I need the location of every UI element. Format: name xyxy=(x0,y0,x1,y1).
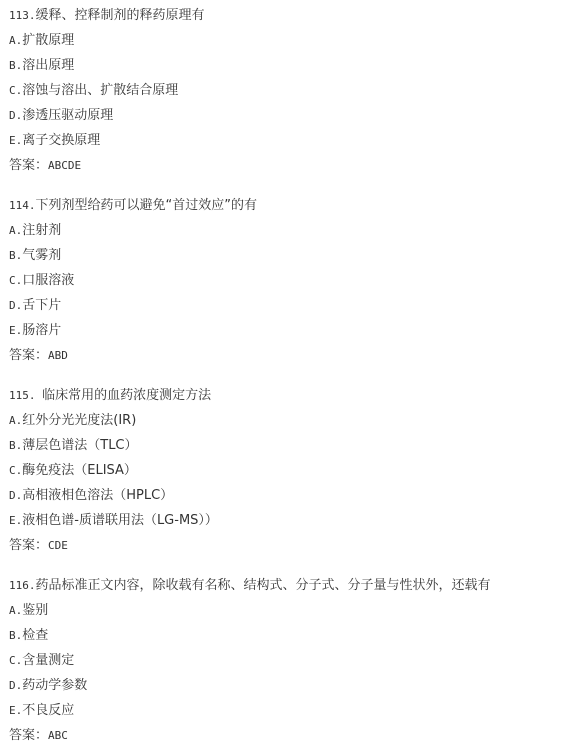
option-b: B.检查 xyxy=(9,623,565,648)
option-letter: D. xyxy=(9,299,22,312)
question-113: 113.缓释、控释制剂的释药原理有 A.扩散原理 B.溶出原理 C.溶蚀与溶出、… xyxy=(9,3,565,178)
option-text: 检查 xyxy=(22,628,48,643)
option-text: 渗透压驱动原理 xyxy=(22,108,113,123)
option-letter: B. xyxy=(9,249,22,262)
option-text: 溶蚀与溶出、扩散结合原理 xyxy=(22,83,178,98)
option-text: 注射剂 xyxy=(22,223,61,238)
option-b: B.溶出原理 xyxy=(9,53,565,78)
question-stem: 113.缓释、控释制剂的释药原理有 xyxy=(9,3,565,28)
option-text: 液相色谱-质谱联用法（LG-MS）） xyxy=(22,513,218,528)
option-letter: C. xyxy=(9,464,22,477)
option-letter: D. xyxy=(9,489,22,502)
option-text: 离子交换原理 xyxy=(22,133,100,148)
option-d: D.渗透压驱动原理 xyxy=(9,103,565,128)
option-d: D.高相液相色溶法（HPLC） xyxy=(9,483,565,508)
option-b: B.薄层色谱法（TLC） xyxy=(9,433,565,458)
option-d: D.舌下片 xyxy=(9,293,565,318)
option-letter: C. xyxy=(9,274,22,287)
question-text: 下列剂型给药可以避免“首过效应”的有 xyxy=(36,198,257,213)
option-text: 含量测定 xyxy=(22,653,74,668)
option-letter: E. xyxy=(9,514,22,527)
answer-value: ABC xyxy=(48,729,68,742)
option-text: 鉴别 xyxy=(22,603,48,618)
option-e: E.肠溶片 xyxy=(9,318,565,343)
option-text: 口服溶液 xyxy=(22,273,74,288)
option-c: C.含量测定 xyxy=(9,648,565,673)
answer-value: ABD xyxy=(48,349,68,362)
question-text: 药品标准正文内容，除收载有名称、结构式、分子式、分子量与性状外，还载有 xyxy=(36,578,491,593)
option-letter: B. xyxy=(9,439,22,452)
option-a: A.鉴别 xyxy=(9,598,565,623)
option-text: 舌下片 xyxy=(22,298,61,313)
option-letter: A. xyxy=(9,34,22,47)
option-c: C.酶免疫法（ELISA） xyxy=(9,458,565,483)
option-letter: A. xyxy=(9,224,22,237)
answer-value: CDE xyxy=(48,539,68,552)
option-text: 溶出原理 xyxy=(22,58,74,73)
option-letter: A. xyxy=(9,604,22,617)
question-number: 113. xyxy=(9,9,36,22)
option-text: 酶免疫法（ELISA） xyxy=(22,463,137,478)
question-text: 临床常用的血药浓度测定方法 xyxy=(42,388,211,403)
option-d: D.药动学参数 xyxy=(9,673,565,698)
option-letter: B. xyxy=(9,59,22,72)
option-letter: B. xyxy=(9,629,22,642)
question-116: 116.药品标准正文内容，除收载有名称、结构式、分子式、分子量与性状外，还载有 … xyxy=(9,573,565,748)
question-115: 115. 临床常用的血药浓度测定方法 A.红外分光光度法(IR) B.薄层色谱法… xyxy=(9,383,565,558)
question-stem: 114.下列剂型给药可以避免“首过效应”的有 xyxy=(9,193,565,218)
option-e: E.液相色谱-质谱联用法（LG-MS）） xyxy=(9,508,565,533)
question-document: 113.缓释、控释制剂的释药原理有 A.扩散原理 B.溶出原理 C.溶蚀与溶出、… xyxy=(0,0,565,748)
option-e: E.不良反应 xyxy=(9,698,565,723)
question-number: 114. xyxy=(9,199,36,212)
answer-line: 答案：CDE xyxy=(9,533,565,558)
question-114: 114.下列剂型给药可以避免“首过效应”的有 A.注射剂 B.气雾剂 C.口服溶… xyxy=(9,193,565,368)
answer-label: 答案： xyxy=(9,348,48,363)
question-text: 缓释、控释制剂的释药原理有 xyxy=(36,8,205,23)
option-letter: C. xyxy=(9,654,22,667)
answer-label: 答案： xyxy=(9,728,48,743)
option-b: B.气雾剂 xyxy=(9,243,565,268)
option-letter: E. xyxy=(9,134,22,147)
option-a: A.红外分光光度法(IR) xyxy=(9,408,565,433)
option-a: A.扩散原理 xyxy=(9,28,565,53)
answer-value: ABCDE xyxy=(48,159,81,172)
option-text: 不良反应 xyxy=(22,703,74,718)
option-letter: E. xyxy=(9,704,22,717)
question-number: 115. xyxy=(9,389,42,402)
answer-label: 答案： xyxy=(9,538,48,553)
option-letter: D. xyxy=(9,679,22,692)
answer-label: 答案： xyxy=(9,158,48,173)
option-text: 薄层色谱法（TLC） xyxy=(22,438,137,453)
answer-line: 答案：ABD xyxy=(9,343,565,368)
option-text: 高相液相色溶法（HPLC） xyxy=(22,488,173,503)
answer-line: 答案：ABC xyxy=(9,723,565,748)
option-text: 红外分光光度法(IR) xyxy=(22,413,136,428)
question-stem: 116.药品标准正文内容，除收载有名称、结构式、分子式、分子量与性状外，还载有 xyxy=(9,573,565,598)
option-text: 药动学参数 xyxy=(22,678,87,693)
option-text: 扩散原理 xyxy=(22,33,74,48)
option-letter: C. xyxy=(9,84,22,97)
option-letter: E. xyxy=(9,324,22,337)
option-e: E.离子交换原理 xyxy=(9,128,565,153)
question-number: 116. xyxy=(9,579,36,592)
option-text: 气雾剂 xyxy=(22,248,61,263)
option-letter: A. xyxy=(9,414,22,427)
question-stem: 115. 临床常用的血药浓度测定方法 xyxy=(9,383,565,408)
option-c: C.口服溶液 xyxy=(9,268,565,293)
option-a: A.注射剂 xyxy=(9,218,565,243)
option-letter: D. xyxy=(9,109,22,122)
option-text: 肠溶片 xyxy=(22,323,61,338)
option-c: C.溶蚀与溶出、扩散结合原理 xyxy=(9,78,565,103)
answer-line: 答案：ABCDE xyxy=(9,153,565,178)
